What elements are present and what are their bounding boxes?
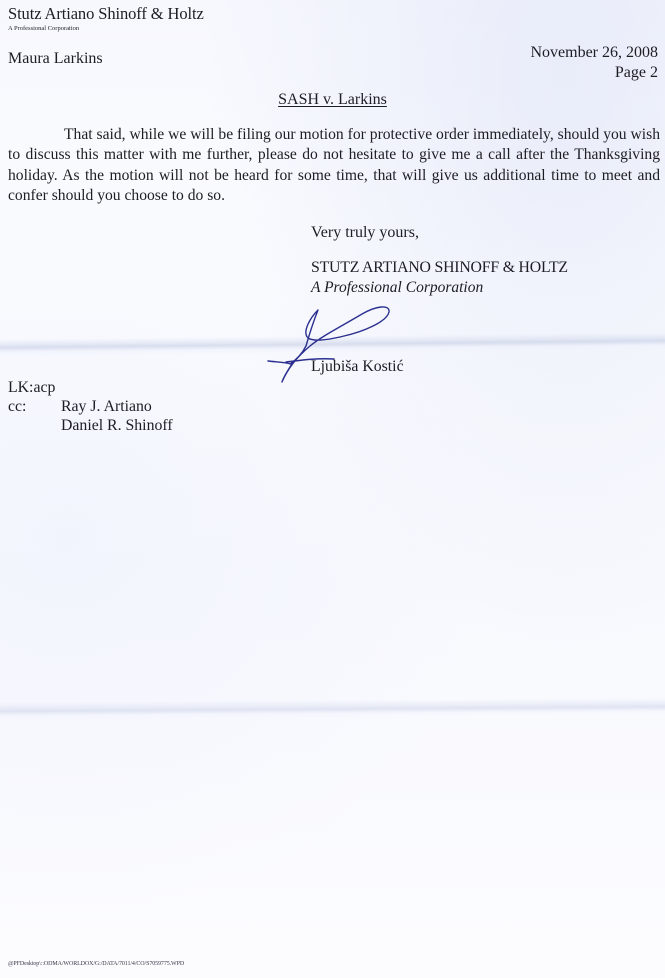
letter-date: November 26, 2008 <box>530 44 658 62</box>
typist-initials: LK:acp <box>8 379 55 397</box>
cc-label: cc: <box>8 398 26 416</box>
signature-firm-name: STUTZ ARTIANO SHINOFF & HOLTZ <box>311 259 568 277</box>
signature-firm-corp: A Professional Corporation <box>311 279 483 297</box>
document-path-footer: @PFDesktop\::ODMA/WORLDOX/G:/DATA/7011/4… <box>8 961 184 967</box>
recipient-name: Maura Larkins <box>8 50 103 68</box>
closing-salutation: Very truly yours, <box>311 224 419 242</box>
re-line: SASH v. Larkins <box>0 91 665 109</box>
letterhead-firm-name: Stutz Artiano Shinoff & Holtz <box>8 4 204 24</box>
letterhead-firm-subtitle: A Professional Corporation <box>8 25 79 32</box>
letter-page: Stutz Artiano Shinoff & Holtz A Professi… <box>0 0 665 978</box>
page-number: Page 2 <box>615 64 658 82</box>
signer-name: Ljubiša Kostić <box>311 358 404 376</box>
cc-recipient: Ray J. Artiano <box>61 398 152 416</box>
paper-fold-line <box>0 698 665 721</box>
cc-recipient: Daniel R. Shinoff <box>61 417 173 435</box>
body-paragraph: That said, while we will be filing our m… <box>8 125 660 206</box>
re-line-text: SASH v. Larkins <box>278 91 387 108</box>
